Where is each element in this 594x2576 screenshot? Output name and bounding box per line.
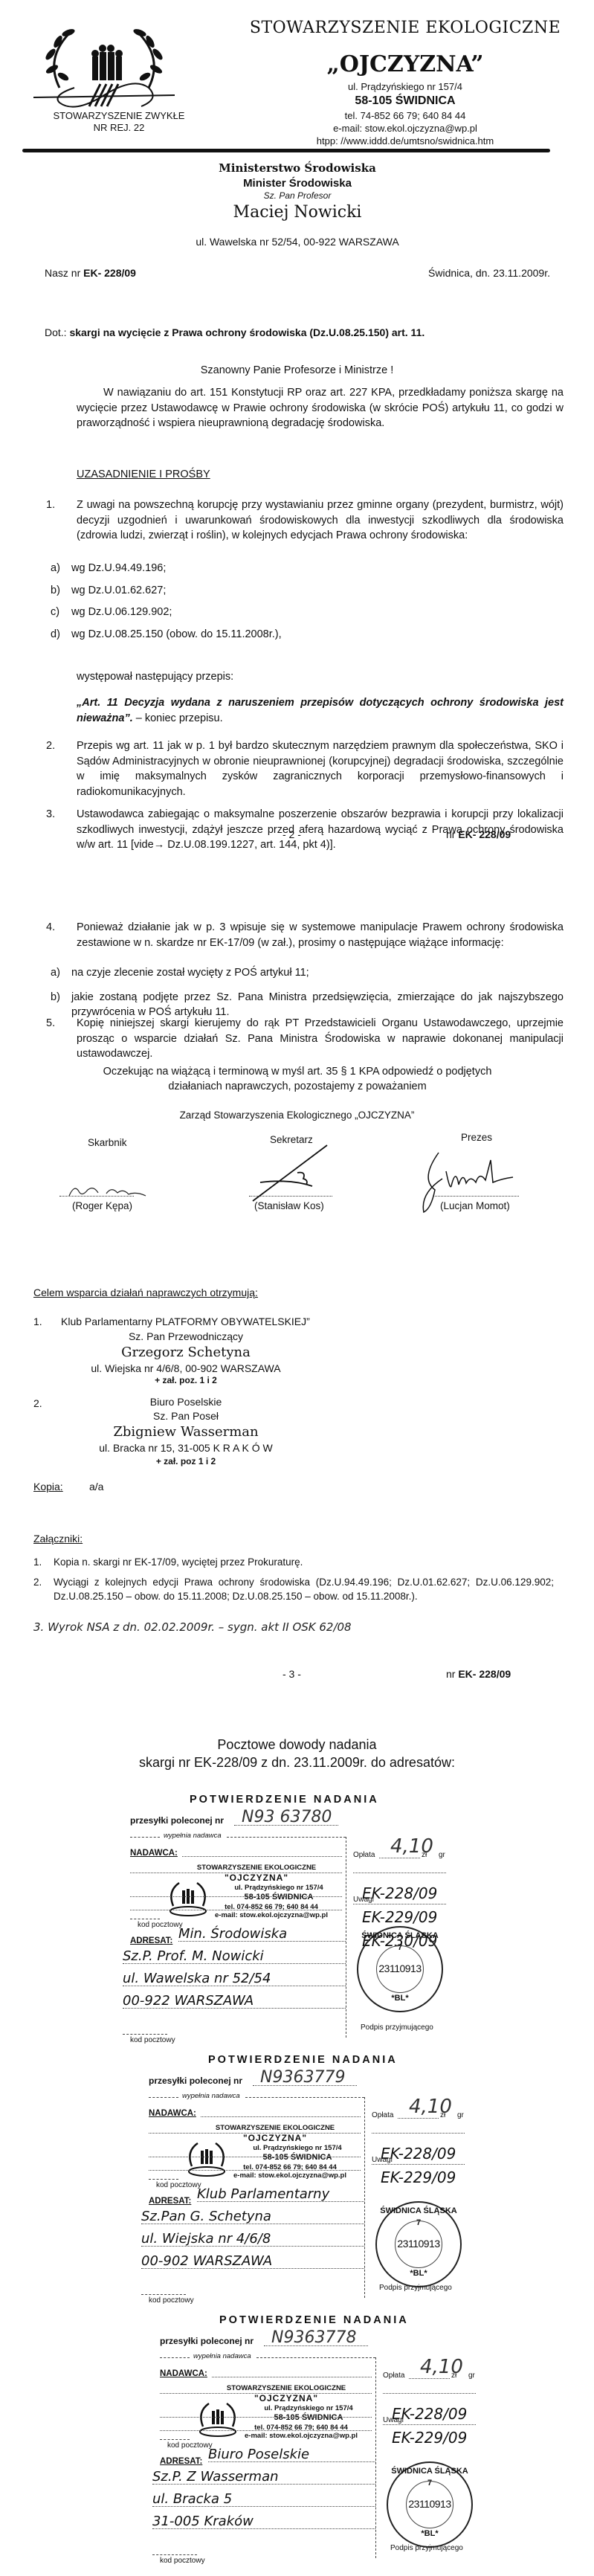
fee-handwritten: 4,10: [420, 2354, 463, 2381]
recipient-2: Biuro Poselskie Sz. Pan Poseł Zbigniew W…: [45, 1395, 327, 1467]
association-type: STOWARZYSZENIE ZWYKŁE: [45, 110, 193, 122]
letterhead-divider: [22, 149, 550, 152]
registered-number-handwritten: N9363778: [271, 2326, 356, 2349]
recipient-name: Grzegorz Schetyna: [45, 1344, 327, 1362]
remark-handwritten: EK-228/09: [381, 2143, 456, 2164]
registered-label: przesyłki poleconej nr: [160, 2335, 254, 2348]
signatory-name: (Roger Kępa): [72, 1199, 132, 1213]
org-phone: tel. 74-852 66 79; 640 84 44: [245, 109, 565, 122]
postal-receipts-title: Pocztowe dowody nadania skargi nr EK-228…: [0, 1736, 594, 1772]
postal-receipt: POTWIERDZENIE NADANIA przesyłki polecone…: [152, 2313, 539, 2558]
section-heading: UZASADNIENIE I PROŚBY: [77, 467, 210, 483]
registration-number: NR REJ. 22: [45, 122, 193, 134]
greeting: Szanowny Panie Profesorze i Ministrze !: [0, 363, 594, 379]
point-4: 4.Ponieważ działanie jak w p. 3 wpisuje …: [46, 920, 564, 950]
logo-caption: STOWARZYSZENIE ZWYKŁE NR REJ. 22: [45, 110, 193, 133]
receiver-signature-label: Podpis przyjmującego: [379, 2283, 452, 2293]
subject-label: Dot.:: [45, 326, 67, 338]
stamp-logo-icon: [166, 1880, 210, 1917]
recipient-name: Zbigniew Wasserman: [45, 1423, 327, 1441]
recipient-number: 1.: [33, 1315, 42, 1330]
list-item: b)wg Dz.U.01.62.627;: [51, 583, 564, 599]
remark-handwritten: EK-229/09: [392, 2427, 467, 2448]
list-item: 1.Kopia n. skargi nr EK-17/09, wyciętej …: [33, 1555, 554, 1569]
remark-handwritten: EK-228/09: [392, 2403, 467, 2424]
recipients-heading: Celem wsparcia działań naprawczych otrzy…: [33, 1286, 258, 1301]
recipient-address: ul. Wiejska nr 4/6/8, 00-902 WARSZAWA: [45, 1362, 327, 1376]
page-reference: nr EK- 228/09: [446, 1667, 511, 1682]
intro-paragraph: W nawiązaniu do art. 151 Konstytucji RP …: [77, 385, 564, 431]
remark-handwritten: EK-229/09: [381, 2167, 456, 2188]
registered-label: przesyłki poleconej nr: [130, 1815, 224, 1827]
stamp-logo-icon: [196, 2400, 240, 2438]
org-name: STOWARZYSZENIE EKOLOGICZNE: [245, 16, 565, 39]
registered-label: przesyłki poleconej nr: [149, 2075, 242, 2087]
stamp-logo-icon: [184, 2140, 229, 2177]
post-office-stamp: ŚWIDNICA ŚLĄSKA 7 23110913 *BL*: [375, 2201, 462, 2287]
fee-label: Opłata: [383, 2371, 404, 2381]
point-4-sublist: a)na czyje zlecenie został wycięty z POŚ…: [51, 959, 564, 1020]
addressee-title: Minister Środowiska: [89, 176, 506, 191]
attachments-list: 1.Kopia n. skargi nr EK-17/09, wyciętej …: [33, 1555, 554, 1609]
sender-label: NADAWCA:: [149, 2108, 196, 2119]
page-number: - 3 -: [283, 1667, 301, 1682]
stamp-date: 23110913: [396, 2497, 464, 2512]
org-email[interactable]: e-mail: stow.ekol.ojczyzna@wp.pl: [245, 122, 565, 135]
fee-label: Opłata: [372, 2110, 393, 2121]
subject-text: skargi na wycięcie z Prawa ochrony środo…: [69, 326, 424, 338]
point-5: 5.Kopię niniejszej skargi kierujemy do r…: [46, 1016, 564, 1062]
stamp-date: 23110913: [384, 2237, 453, 2252]
point-1-sublist: a)wg Dz.U.94.49.196; b)wg Dz.U.01.62.627…: [51, 554, 564, 642]
list-item: d)wg Dz.U.08.25.150 (obow. do 15.11.2008…: [51, 627, 564, 643]
copy-value: a/a: [89, 1480, 103, 1495]
recipient-org: Klub Parlamentarny PLATFORMY OBYWATELSKI…: [61, 1315, 310, 1330]
quoted-article: „Art. 11 Decyzja wydana z naruszeniem pr…: [77, 695, 564, 726]
our-reference: Nasz nr EK- 228/09: [45, 266, 136, 281]
attachments-heading: Załączniki:: [33, 1532, 83, 1547]
org-street: ul. Prądzyńskiego nr 157/4: [245, 80, 565, 93]
page-reference: nr EK- 228/09: [446, 828, 511, 843]
remark-handwritten: EK-229/09: [362, 1907, 437, 1928]
signatory-role: Skarbnik: [88, 1136, 127, 1150]
closing: Oczekując na wiążącą i terminową w myśl …: [74, 1064, 520, 1095]
subject-line: Dot.: skargi na wycięcie z Prawa ochrony…: [45, 326, 565, 341]
sender-label: NADAWCA:: [130, 1847, 178, 1859]
receiver-signature-label: Podpis przyjmującego: [361, 2023, 433, 2033]
point-1-continuation: występował następujący przepis:: [77, 669, 564, 685]
fee-handwritten: 4,10: [390, 1833, 433, 1861]
stamp-date: 23110913: [366, 1962, 434, 1977]
recipient-number: 2.: [33, 1397, 42, 1411]
post-office-stamp: ŚWIDNICA ŚLĄSKA 7 23110913 *BL*: [357, 1926, 443, 2012]
copy-label: Kopia:: [33, 1480, 63, 1495]
addressee-name: Maciej Nowicki: [89, 202, 506, 224]
addressee-block: Ministerstwo Środowiska Minister Środowi…: [89, 161, 506, 248]
receiver-signature-label: Podpis przyjmującego: [390, 2543, 463, 2554]
laurel-family-icon: [30, 13, 178, 110]
point-1: 1. Z uwagi na powszechną korupcję przy w…: [46, 498, 564, 544]
signatory-name: (Stanisław Kos): [254, 1199, 324, 1213]
org-contact: ul. Prądzyńskiego nr 157/4 58-105 ŚWIDNI…: [245, 80, 565, 147]
remark-handwritten: EK-228/09: [362, 1883, 437, 1904]
page-number: - 2 -: [283, 828, 301, 843]
association-logo: [30, 13, 178, 110]
list-item: a)wg Dz.U.94.49.196;: [51, 561, 564, 576]
board-signature-header: Zarząd Stowarzyszenia Ekologicznego „OJC…: [0, 1108, 594, 1122]
list-item: c)wg Dz.U.06.129.902;: [51, 605, 564, 620]
post-office-stamp: ŚWIDNICA ŚLĄSKA 7 23110913 *BL*: [387, 2461, 473, 2548]
postal-receipt: POTWIERDZENIE NADANIA przesyłki polecone…: [141, 2052, 528, 2298]
registered-number-handwritten: N93 63780: [242, 1806, 332, 1829]
org-quoted-name: „OJCZYZNA”: [245, 49, 565, 81]
list-item: a)na czyje zlecenie został wycięty z POŚ…: [51, 965, 564, 981]
org-website[interactable]: htpp: //www.iddd.de/umtsno/swidnica.htm: [245, 135, 565, 147]
addressee-salutation: Sz. Pan Profesor: [89, 190, 506, 202]
place-date: Świdnica, dn. 23.11.2009r.: [428, 266, 550, 281]
fee-handwritten: 4,10: [409, 2093, 452, 2121]
sender-label: NADAWCA:: [160, 2368, 207, 2380]
signatory-role: Prezes: [461, 1130, 492, 1144]
fee-label: Opłata: [353, 1850, 375, 1861]
reference-line: Nasz nr EK- 228/09 Świdnica, dn. 23.11.2…: [45, 266, 550, 281]
signatory-name: (Lucjan Momot): [440, 1199, 510, 1213]
addressee-address: ul. Wawelska nr 52/54, 00-922 WARSZAWA: [89, 235, 506, 248]
list-item: 2.Wyciągi z kolejnych edycji Prawa ochro…: [33, 1575, 554, 1603]
addressee-label: ADRESAT:: [149, 2195, 191, 2207]
addressee-label: ADRESAT:: [160, 2456, 202, 2467]
recipient-address: ul. Bracka nr 15, 31-005 K R A K Ó W: [45, 1441, 327, 1455]
postal-receipt: POTWIERDZENIE NADANIA przesyłki polecone…: [123, 1792, 509, 2038]
point-2: 2.Przepis wg art. 11 jak w p. 1 był bard…: [46, 738, 564, 799]
recipient-org: Biuro Poselskie: [45, 1395, 327, 1409]
handwritten-attachment: 3. Wyrok NSA z dn. 02.02.2009r. – sygn. …: [33, 1620, 352, 1635]
addressee-label: ADRESAT:: [130, 1935, 172, 1947]
org-city: 58-105 ŚWIDNICA: [245, 93, 565, 109]
registered-number-handwritten: N9363779: [260, 2066, 345, 2089]
recipient-1: Sz. Pan Przewodniczący Grzegorz Schetyna…: [45, 1330, 327, 1387]
addressee-ministry: Ministerstwo Środowiska: [89, 161, 506, 176]
